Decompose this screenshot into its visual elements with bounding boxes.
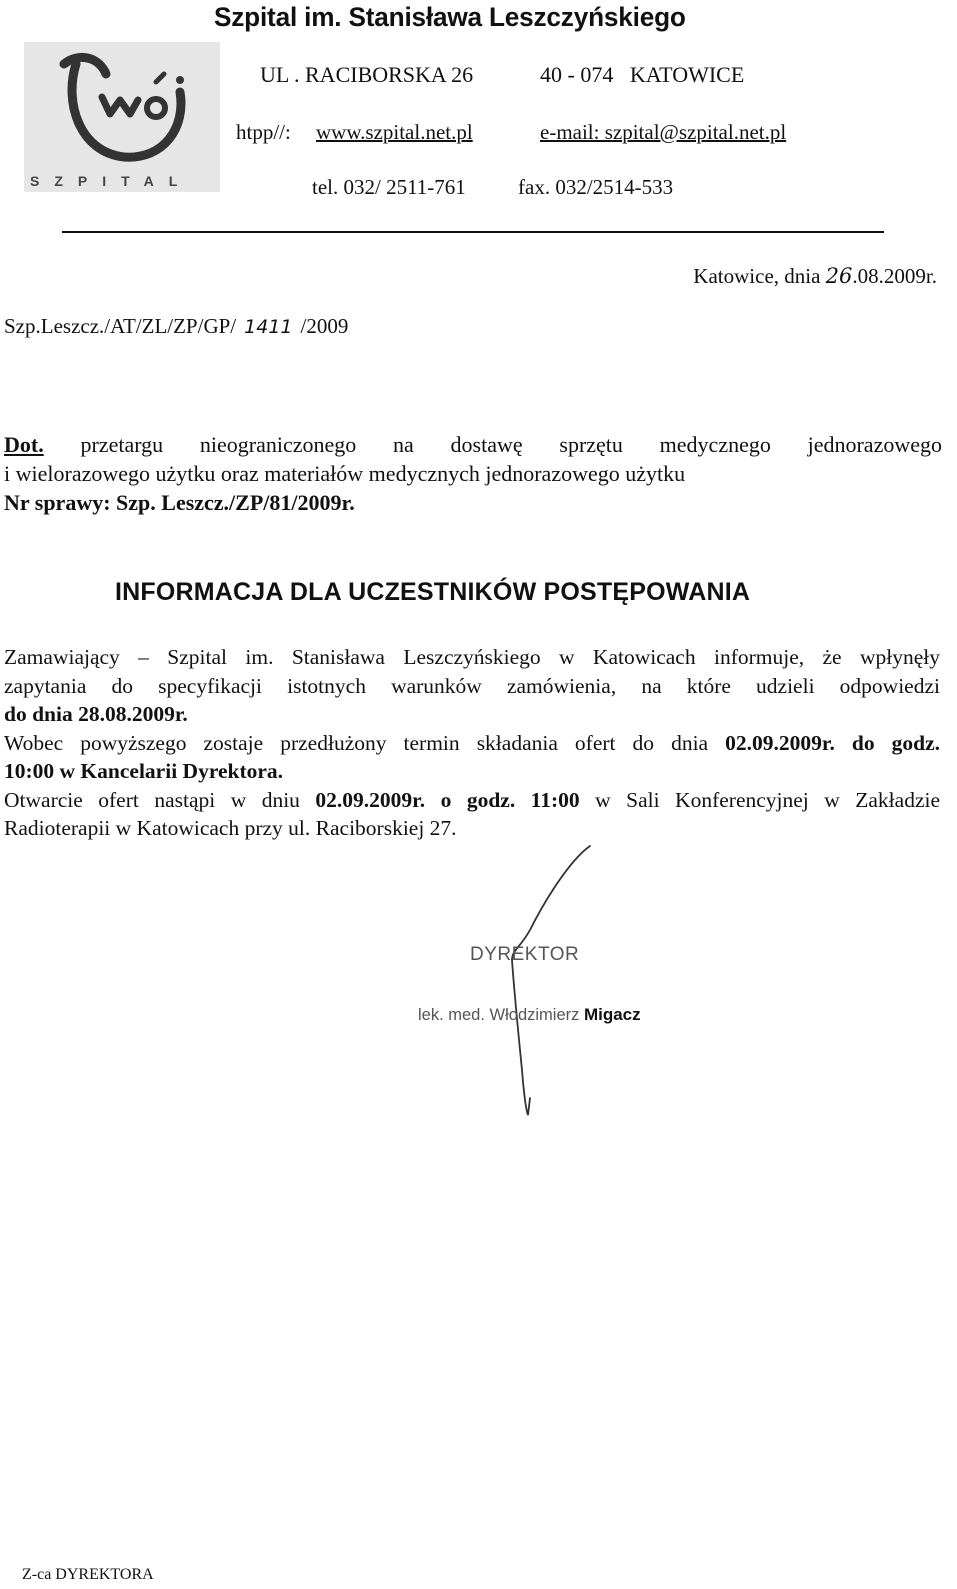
body-text: Zamawiający – Szpital im. Stanisława Les… bbox=[4, 643, 940, 843]
subject-label: Dot. bbox=[4, 432, 44, 457]
place-date: Katowice, dnia 26.08.2009r. bbox=[693, 264, 937, 289]
reference-prefix: Szp.Leszcz./AT/ZL/ZP/GP/ bbox=[4, 314, 236, 338]
subject-line-1: Dot. przetargu nieograniczonego na dosta… bbox=[4, 430, 942, 459]
body-p2-line1: Wobec powyższego zostaje przedłużony ter… bbox=[4, 729, 940, 758]
body-p3-line1: Otwarcie ofert nastąpi w dniu 02.09.2009… bbox=[4, 786, 940, 815]
body-p1-line2: zapytania do specyfikacji istotnych waru… bbox=[4, 672, 940, 701]
address-city: 40 - 074 KATOWICE bbox=[540, 62, 744, 88]
body-p2-line2: 10:00 w Kancelarii Dyrektora. bbox=[4, 757, 940, 786]
body-p1-line1: Zamawiający – Szpital im. Stanisława Les… bbox=[4, 643, 940, 672]
body-p1-deadline: do dnia 28.08.2009r. bbox=[4, 700, 940, 729]
deputy-director-label: Z-ca DYREKTORA bbox=[22, 1566, 154, 1584]
document-title: INFORMACJA DLA UCZESTNIKÓW POSTĘPOWANIA bbox=[115, 578, 750, 607]
stamp-title: DYREKTOR bbox=[470, 944, 579, 966]
reference-handwritten: 1411 bbox=[236, 316, 300, 338]
date-suffix: .08.2009r. bbox=[852, 264, 937, 288]
fax-number: fax. 032/2514-533 bbox=[518, 175, 673, 200]
stamp-name: lek. med. Włodzimierz Migacz bbox=[418, 1005, 641, 1025]
letterhead-divider bbox=[62, 231, 884, 233]
reference-suffix: /2009 bbox=[301, 314, 349, 338]
subject-block: Dot. przetargu nieograniczonego na dosta… bbox=[4, 430, 942, 517]
subject-line-2: i wielorazowego użytku oraz materiałów m… bbox=[4, 459, 942, 488]
date-day-handwritten: 26 bbox=[826, 264, 853, 288]
address-street: UL . RACIBORSKA 26 bbox=[260, 62, 473, 88]
web-label: htpp//: bbox=[236, 120, 291, 145]
case-number: Nr sprawy: Szp. Leszcz./ZP/81/2009r. bbox=[4, 488, 942, 517]
website-link[interactable]: www.szpital.net.pl bbox=[316, 120, 473, 145]
twoj-szpital-logo-icon bbox=[24, 42, 220, 192]
hospital-name: Szpital im. Stanisława Leszczyńskiego bbox=[214, 2, 686, 33]
email-link[interactable]: e-mail: szpital@szpital.net.pl bbox=[540, 120, 786, 145]
logo-caption: SZPITAL bbox=[30, 173, 216, 189]
reference-number: Szp.Leszcz./AT/ZL/ZP/GP/1411/2009 bbox=[4, 314, 348, 339]
date-prefix: Katowice, dnia bbox=[693, 264, 825, 288]
handwritten-signature-icon bbox=[490, 840, 610, 1130]
hospital-logo: SZPITAL bbox=[24, 42, 220, 192]
phone-number: tel. 032/ 2511-761 bbox=[312, 175, 466, 200]
body-p3-line2: Radioterapii w Katowicach przy ul. Racib… bbox=[4, 814, 940, 843]
